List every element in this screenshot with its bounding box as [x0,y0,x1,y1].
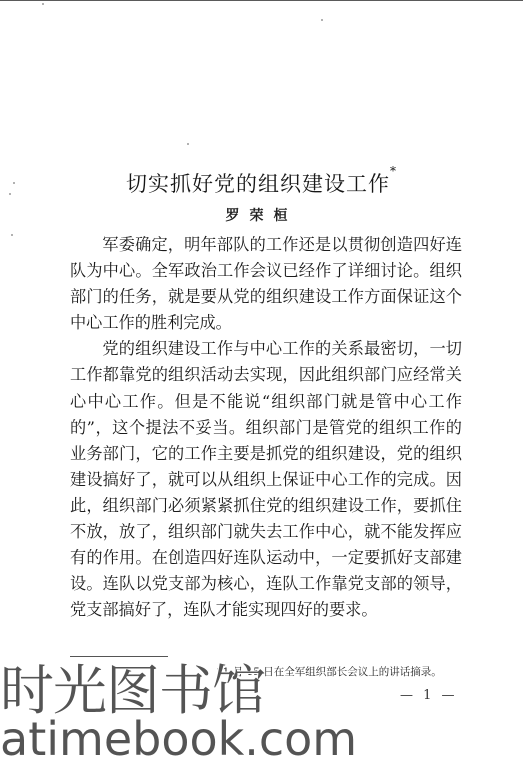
paragraph: 军委确定，明年部队的工作还是以贯彻创造四好连队为中心。全军政治工作会议已经作了详… [70,232,462,336]
article-author: 罗荣桓 [0,205,523,225]
page-number: — 1 — [400,688,458,703]
footnote-marker: * [390,164,397,178]
paragraph: 党的组织建设工作与中心工作的关系最密切，一切工作都靠党的组织活动去实现，因此组织… [70,336,462,623]
scan-speck [42,3,44,5]
scan-speck [321,19,323,21]
article-title-text: 切实抓好党的组织建设工作 [126,172,390,196]
scan-speck [187,143,189,145]
article-body: 军委确定，明年部队的工作还是以贯彻创造四好连队为中心。全军政治工作会议已经作了详… [70,232,462,623]
watermark-url: atimebook.com [0,712,357,766]
footnote-divider [70,656,168,657]
article-title: 切实抓好党的组织建设工作* [0,168,523,198]
scan-top-edge [0,0,523,1]
scan-speck [11,234,13,236]
